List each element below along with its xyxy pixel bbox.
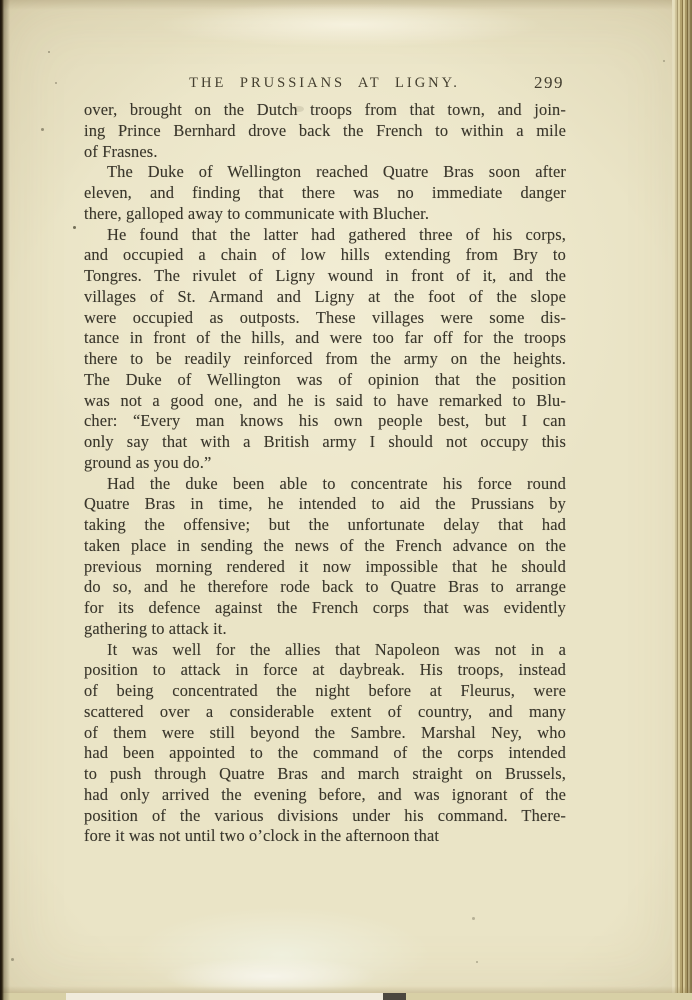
text-line: villages of St. Armand and Ligny at the …: [84, 287, 566, 308]
text-line: The Duke of Wellington reached Quatre Br…: [84, 162, 566, 183]
text-line: Tongres. The rivulet of Ligny wound in f…: [84, 266, 566, 287]
book-photo: THE PRUSSIANS AT LIGNY. 299 over, brough…: [0, 0, 692, 1000]
photo-edge-left: [0, 0, 10, 1000]
paragraph: It was well for the allies that Napoleon…: [84, 640, 566, 848]
text-line: taking the offensive; but the unfortunat…: [84, 515, 566, 536]
text-line: The Duke of Wellington was of opinion th…: [84, 370, 566, 391]
text-line: taken place in sending the news of the F…: [84, 536, 566, 557]
text-line: were occupied as outposts. These village…: [84, 308, 566, 329]
text-line: there, galloped away to communicate with…: [84, 204, 566, 225]
text-line: do so, and he therefore rode back to Qua…: [84, 577, 566, 598]
text-line: of Frasnes.: [84, 142, 566, 163]
text-line: of being concentrated the night before a…: [84, 681, 566, 702]
text-line: position of the various divisions under …: [84, 806, 566, 827]
text-line: eleven, and finding that there was no im…: [84, 183, 566, 204]
text-line: for its defence against the French corps…: [84, 598, 566, 619]
running-header: THE PRUSSIANS AT LIGNY. 299: [84, 73, 565, 95]
book-page-edges: [672, 0, 692, 1000]
paragraph: The Duke of Wellington reached Quatre Br…: [84, 162, 566, 224]
text-line: scattered over a considerable extent of …: [84, 702, 566, 723]
text-line: previous morning rendered it now impossi…: [84, 557, 566, 578]
text-line: ing Prince Bernhard drove back the Frenc…: [84, 121, 566, 142]
text-line: It was well for the allies that Napoleon…: [84, 640, 566, 661]
text-block: over, brought on the Dutch troops from t…: [84, 100, 566, 847]
page-edge-highlight: [66, 993, 400, 1000]
text-line: had only arrived the evening before, and…: [84, 785, 566, 806]
paragraph: Had the duke been able to concentrate hi…: [84, 474, 566, 640]
text-line: and occupied a chain of low hills extend…: [84, 245, 566, 266]
text-line: over, brought on the Dutch troops from t…: [84, 100, 566, 121]
paragraph: He found that the latter had gathered th…: [84, 225, 566, 474]
text-line: had been appointed to the command of the…: [84, 743, 566, 764]
page-title: THE PRUSSIANS AT LIGNY.: [84, 75, 565, 92]
text-line: fore it was not until two o’clock in the…: [84, 826, 566, 847]
text-line: gathering to attack it.: [84, 619, 566, 640]
text-line: tance in front of the hills, and were to…: [84, 328, 566, 349]
text-line: there to be readily reinforced from the …: [84, 349, 566, 370]
text-line: was not a good one, and he is said to ha…: [84, 391, 566, 412]
text-line: only say that with a British army I shou…: [84, 432, 566, 453]
page-edge-smudge: [383, 993, 406, 1000]
photo-edge-bottom-shadow: [0, 986, 692, 993]
text-line: ground as you do.”: [84, 453, 566, 474]
page-number: 299: [534, 73, 564, 93]
text-line: cher: “Every man knows his own people be…: [84, 411, 566, 432]
text-line: to push through Quatre Bras and march st…: [84, 764, 566, 785]
paragraph: over, brought on the Dutch troops from t…: [84, 100, 566, 162]
photo-edge-top: [0, 0, 692, 10]
text-line: Quatre Bras in time, he intended to aid …: [84, 494, 566, 515]
text-line: of them were still beyond the Sambre. Ma…: [84, 723, 566, 744]
text-line: position to attack in force at daybreak.…: [84, 660, 566, 681]
text-line: He found that the latter had gathered th…: [84, 225, 566, 246]
text-line: Had the duke been able to concentrate hi…: [84, 474, 566, 495]
